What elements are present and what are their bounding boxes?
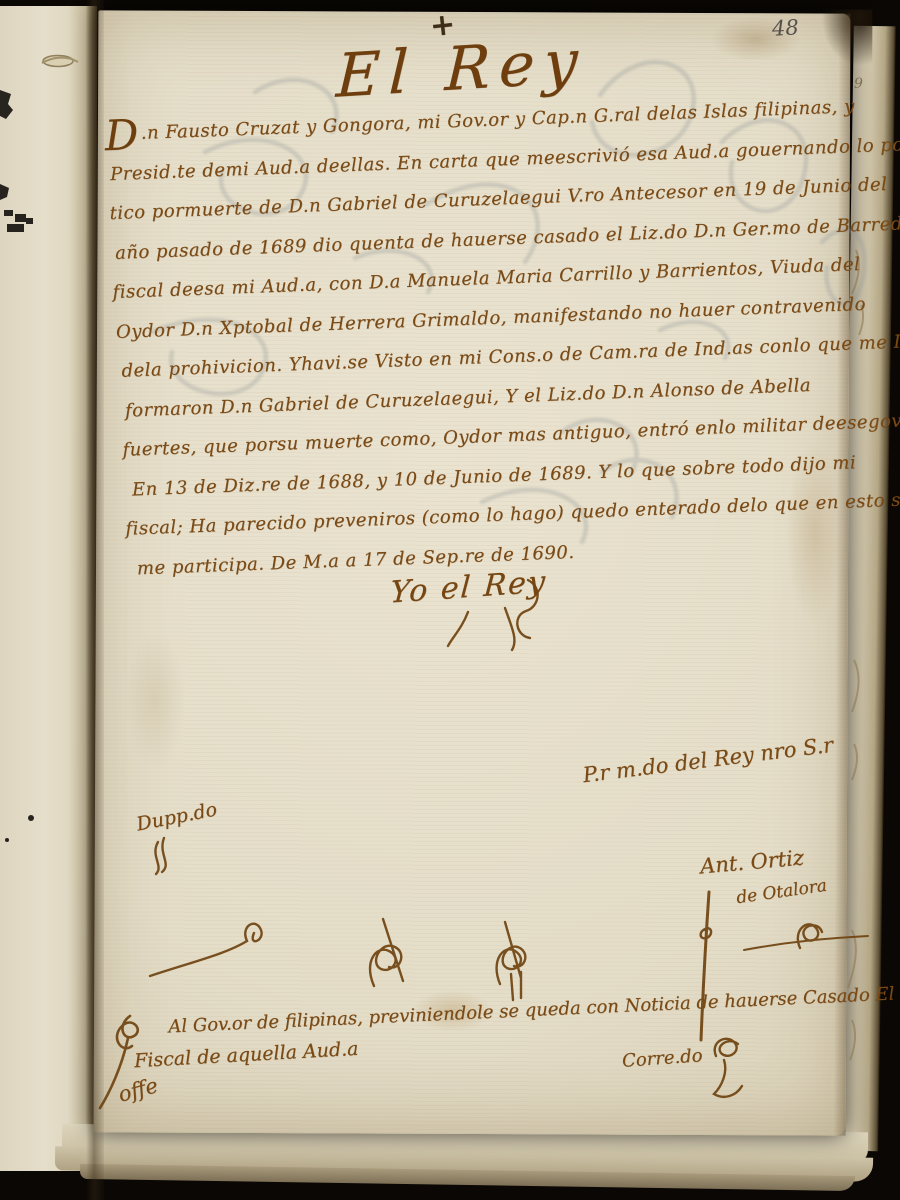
- folio-number: 48: [771, 15, 799, 40]
- body-text: D.n Fausto Cruzat y Gongora, mi Gov.or y…: [104, 96, 881, 598]
- previous-page-edge: [0, 6, 97, 1171]
- under-page-number: 9: [854, 76, 863, 92]
- initial-capital: D: [105, 130, 140, 141]
- manuscript-photo: + El Rey 48 9 D.n Fausto Cruzat y Gongor…: [0, 0, 900, 1200]
- paper-stain: [125, 630, 186, 770]
- binding-gutter: [86, 0, 104, 1200]
